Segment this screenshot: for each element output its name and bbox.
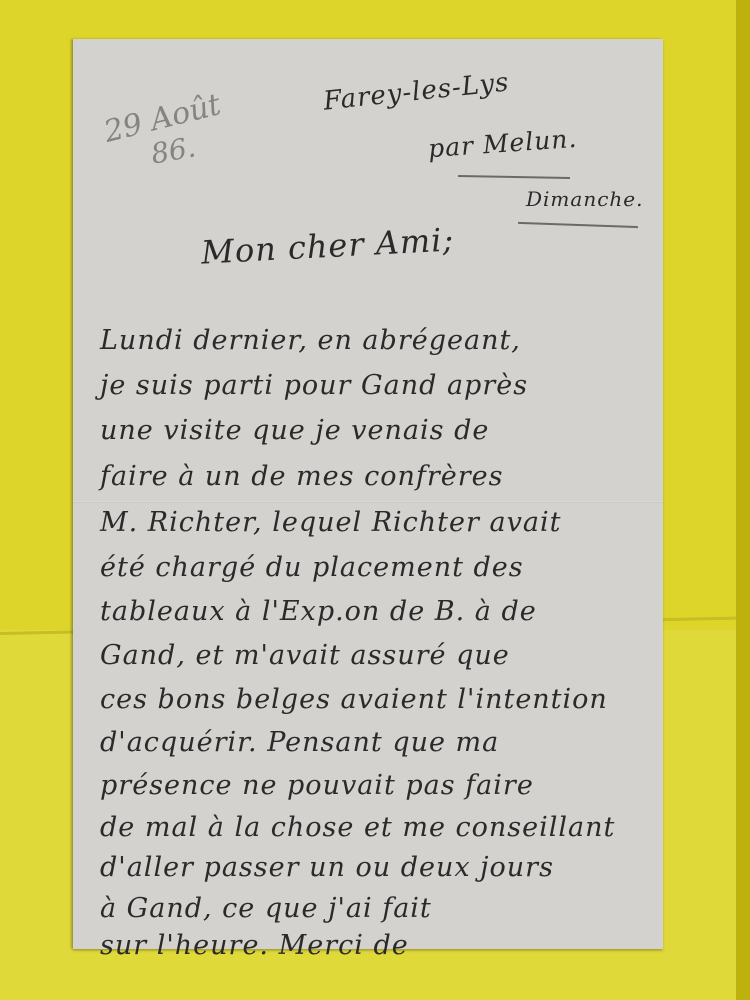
body-line: d'aller passer un ou deux jours <box>100 852 645 883</box>
header-day: Dimanche. <box>526 187 643 211</box>
body-line: présence ne pouvait pas faire <box>100 770 645 801</box>
salutation: Mon cher Ami; <box>200 220 455 271</box>
body-line: Gand, et m'avait assuré que <box>100 640 645 671</box>
body-line: je suis parti pour Gand après <box>100 370 645 401</box>
body-line: Lundi dernier, en abrégeant, <box>100 325 645 356</box>
body-line: à Gand, ce que j'ai fait <box>100 893 645 924</box>
header-rule-2 <box>518 222 638 228</box>
body-line: faire à un de mes confrères <box>100 461 645 492</box>
body-line: d'acquérir. Pensant que ma <box>100 727 645 758</box>
pencil-date-line2: 86. <box>148 130 198 170</box>
header-place-line1: Farey-les-Lys <box>322 67 511 116</box>
body-line: été chargé du placement des <box>100 552 645 583</box>
body-line: ces bons belges avaient l'intention <box>100 684 645 715</box>
header-rule-1 <box>458 175 570 178</box>
body-line: tableaux à l'Exp.on de B. à de <box>100 596 645 627</box>
header-place-line2: par Melun. <box>427 124 578 163</box>
background-edge <box>736 0 750 1000</box>
body-line: de mal à la chose et me conseillant <box>100 812 645 843</box>
paper-fold-crease <box>73 501 663 503</box>
body-line: sur l'heure. Merci de <box>100 930 645 961</box>
body-line: M. Richter, lequel Richter avait <box>100 507 645 538</box>
body-line: une visite que je venais de <box>100 415 645 446</box>
letter-page: 29 Août 86. Farey-les-Lys par Melun. Dim… <box>73 39 663 949</box>
